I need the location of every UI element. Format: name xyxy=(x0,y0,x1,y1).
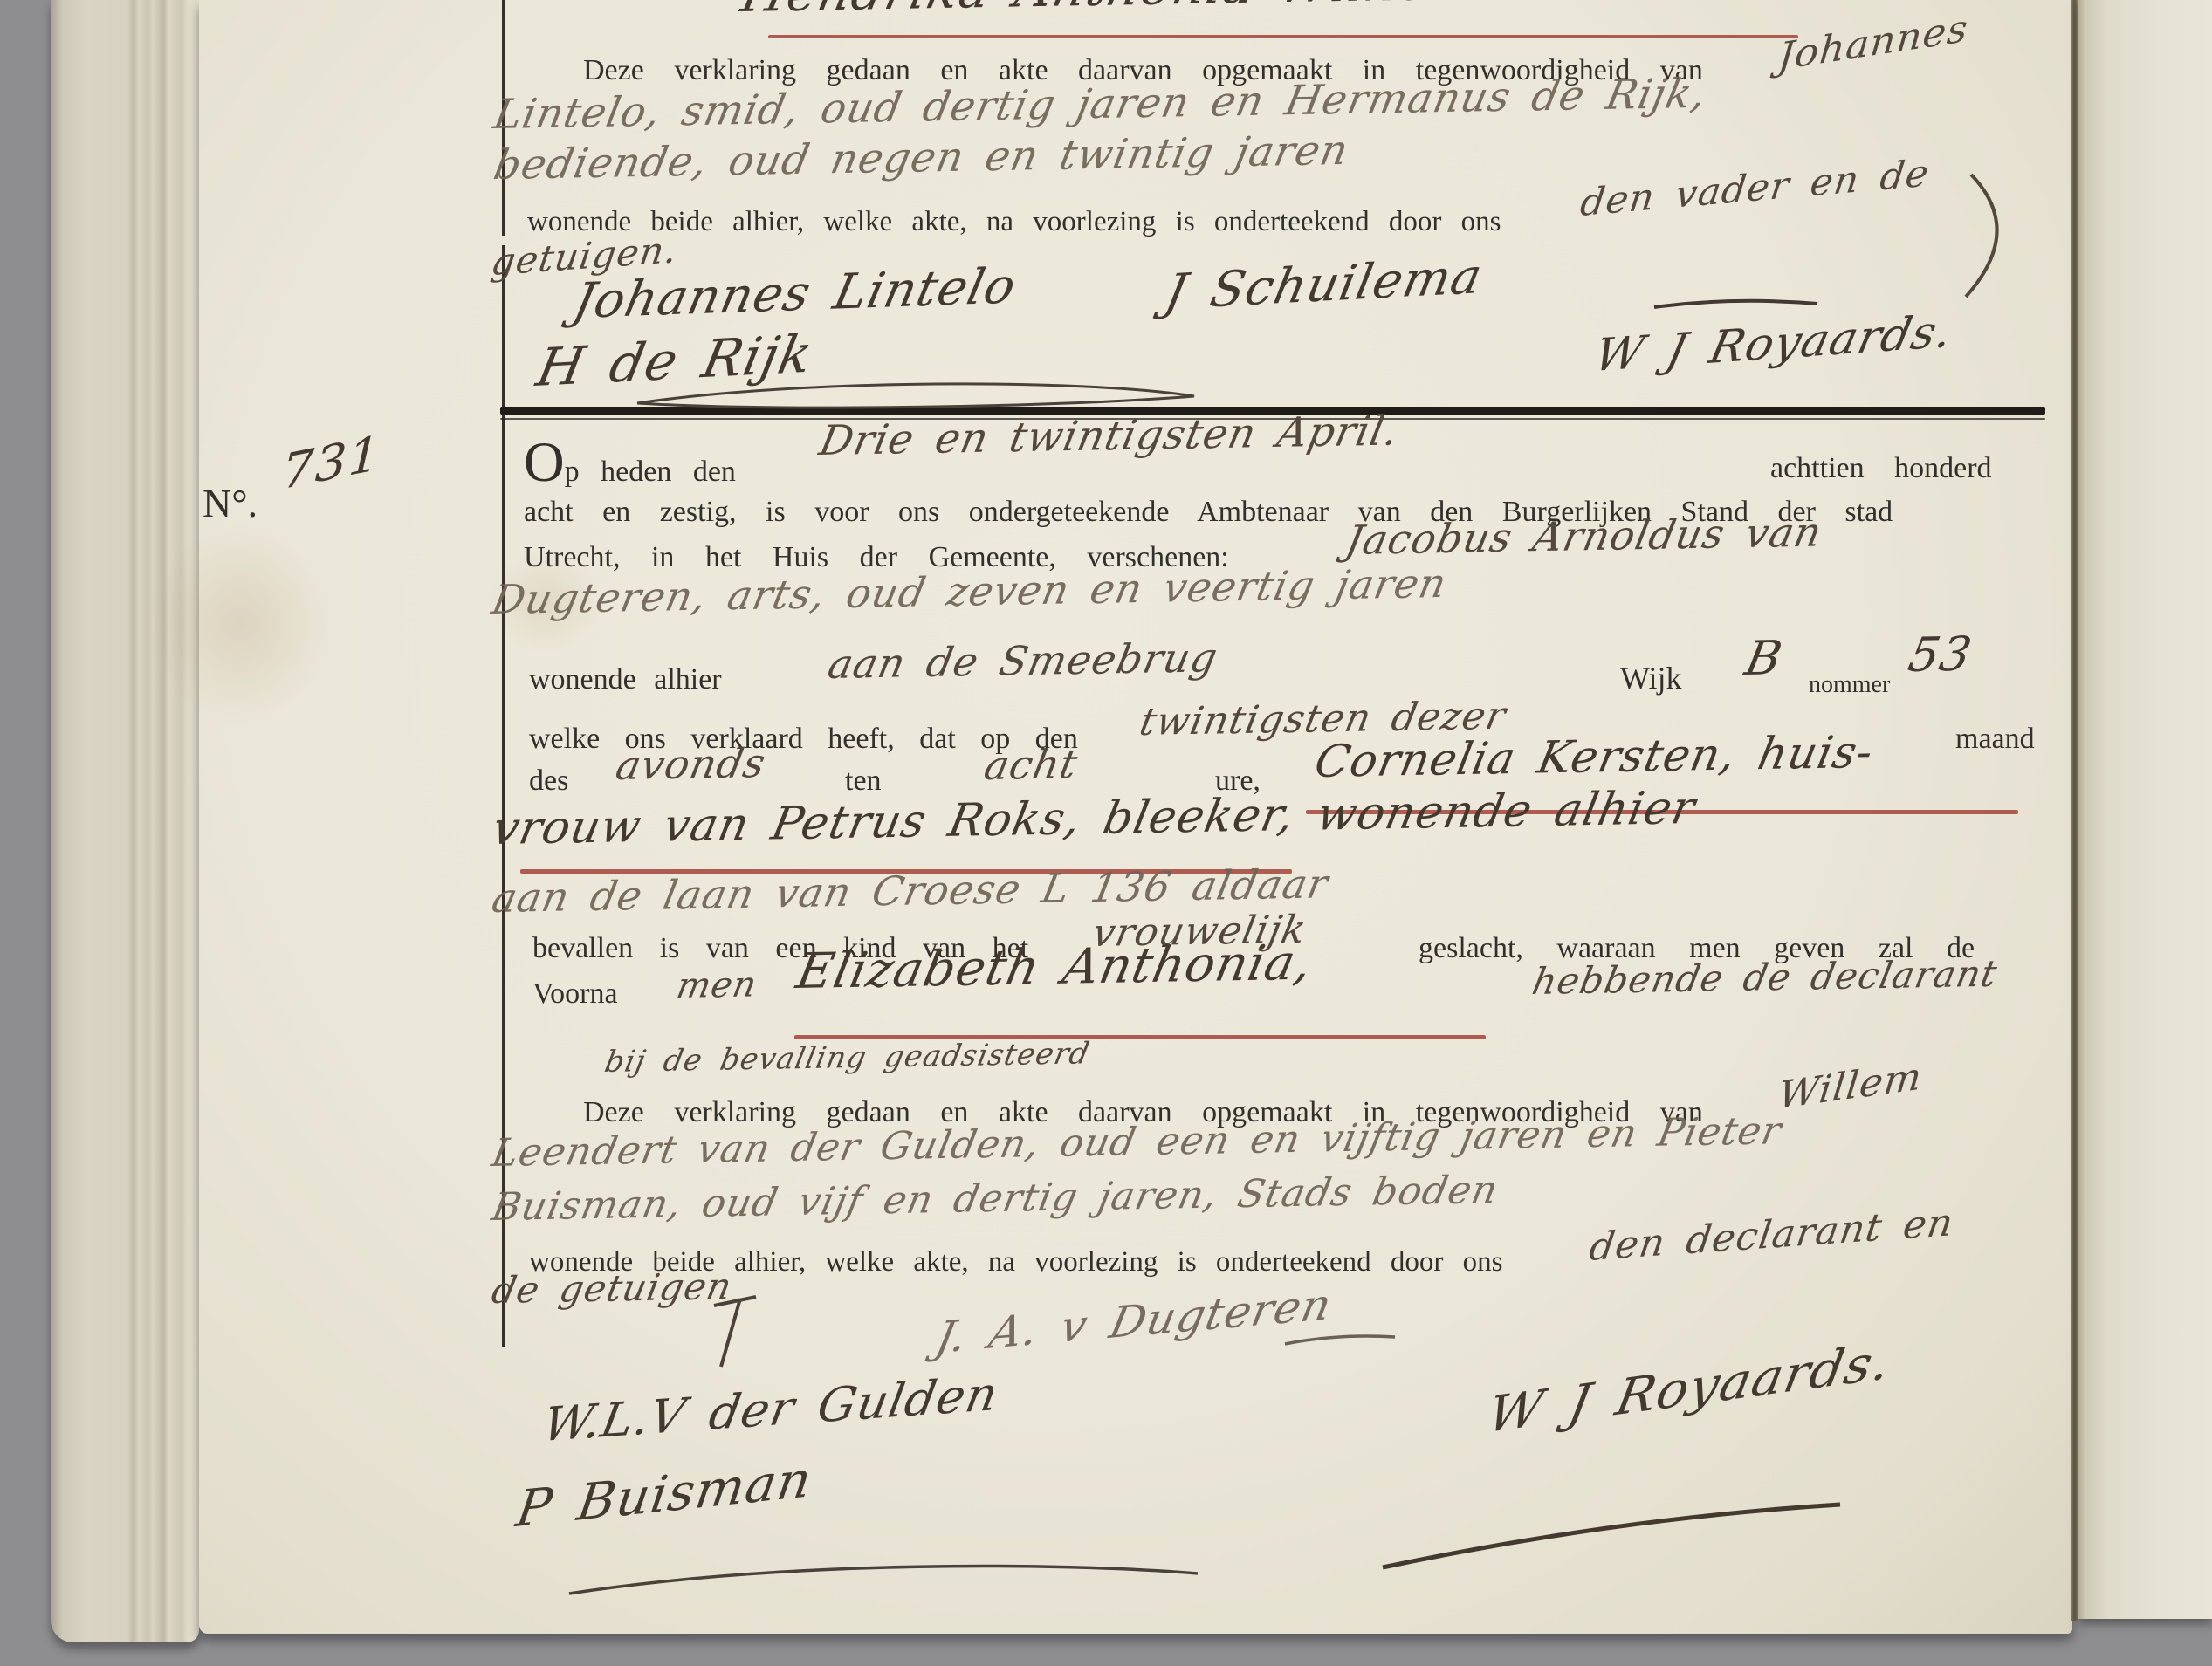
book-page-edges xyxy=(51,0,199,1642)
voornamen-hw-suffix: men xyxy=(674,967,759,1004)
after-names-hw: hebbende de declarant xyxy=(1529,956,2001,1000)
closing-hw-2: de getuigen xyxy=(489,1268,735,1309)
opening-printed-1: Op heden den xyxy=(524,447,736,488)
wijk-label: Wijk xyxy=(1620,662,1682,696)
mother-name-hw: Cornelia Kersten, huis- xyxy=(1311,730,1877,785)
residence-printed: wonende alhier xyxy=(529,663,722,696)
hour-hw: acht xyxy=(981,744,1082,785)
declarant-name-hw: Jacobus Arnoldus van xyxy=(1343,512,1825,560)
act-number-label: N°. xyxy=(203,482,258,526)
child-names-hw: Elizabeth Anthonia, xyxy=(793,939,1316,997)
declaration-printed-3: des xyxy=(529,764,568,797)
declaration-printed-4: ten xyxy=(845,764,882,797)
adjacent-page xyxy=(2078,0,2212,1619)
document-scan: Hendrika Anthonia Wilhelmina Deze verkla… xyxy=(0,0,2212,1666)
opening-date-hw: Drie en twintigsten April. xyxy=(816,410,1402,462)
nommer-label: nommer xyxy=(1809,672,1890,699)
nommer-value-hw: 53 xyxy=(1905,631,1976,679)
declaration-printed-2: maand xyxy=(1955,723,2035,755)
signature: H de Rijk xyxy=(532,328,817,394)
assistance-note-hw: bij de bevalling geadsisteerd xyxy=(602,1039,1092,1077)
opening-printed-2: achttien honderd xyxy=(1770,452,1992,484)
red-underline-prev-child-name xyxy=(768,35,1798,38)
residence-address-hw: aan de Smeebrug xyxy=(825,637,1221,684)
book-gutter-crease xyxy=(2071,0,2078,1621)
time-of-day-hw: avonds xyxy=(613,743,769,785)
voornamen-label: Voorna xyxy=(532,977,618,1010)
